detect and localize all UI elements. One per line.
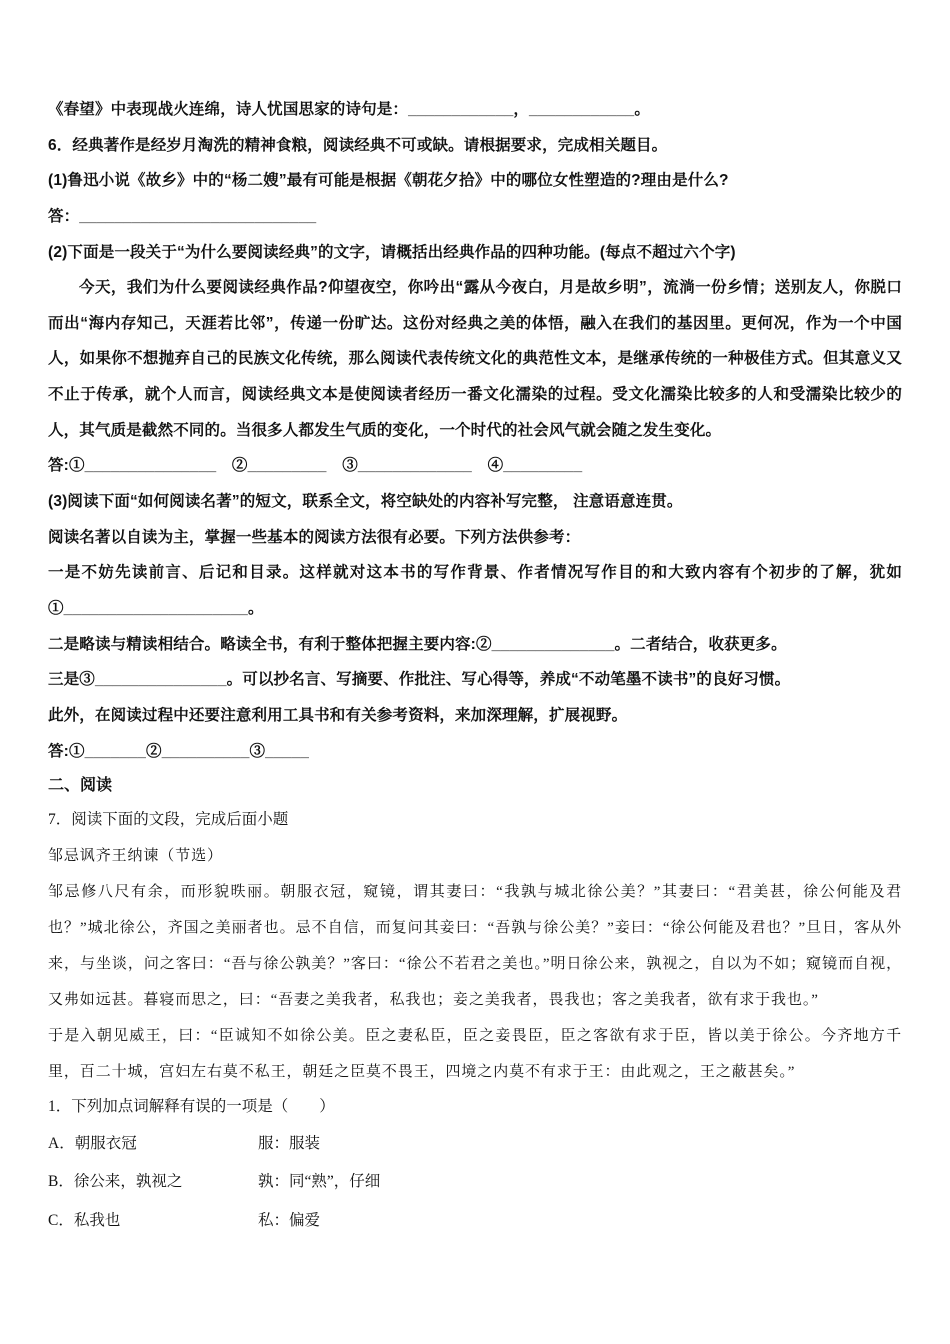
q6-part3-answer-blanks: 答:①_______②__________③_____: [48, 734, 902, 770]
option-c-gloss: 私：偏爱: [258, 1202, 902, 1241]
q5-fill-in-line: 《春望》中表现战火连绵，诗人忧国思家的诗句是：____________，____…: [48, 92, 902, 128]
q6-part2-question: (2)下面是一段关于“为什么要阅读经典”的文字，请概括出经典作品的四种功能。(每…: [48, 235, 902, 271]
option-a-phrase: A．朝服衣冠: [48, 1125, 258, 1164]
q6-part3-intro: 阅读名著以自读为主，掌握一些基本的阅读方法很有必要。下列方法供参考：: [48, 520, 902, 556]
q6-part3-method3: 三是③_______________。可以抄名言、写摘要、作批注、写心得等，养成…: [48, 662, 902, 698]
option-b-gloss: 孰：同“熟”，仔细: [258, 1163, 902, 1202]
option-a-gloss: 服：服装: [258, 1125, 902, 1164]
option-b-phrase: B．徐公来，孰视之: [48, 1163, 258, 1202]
q6-part3-method2: 二是略读与精读相结合。略读全书，有利于整体把握主要内容:②___________…: [48, 627, 902, 663]
q6-part3-method1: 一是不妨先读前言、后记和目录。这样就对这本书的写作背景、作者情况写作目的和大致内…: [48, 555, 902, 626]
q7-sub1-stem: 1．下列加点词解释有误的一项是（ ）: [48, 1090, 902, 1125]
exam-page: 《春望》中表现战火连绵，诗人忧国思家的诗句是：____________，____…: [0, 0, 950, 1344]
q6-part1-answer-blank: 答：___________________________: [48, 199, 902, 235]
modern-questions-section: 《春望》中表现战火连绵，诗人忧国思家的诗句是：____________，____…: [48, 92, 902, 769]
q6-part1-question: (1)鲁迅小说《故乡》中的“杨二嫂”最有可能是根据《朝花夕拾》中的哪位女性塑造的…: [48, 163, 902, 199]
q6-stem: 6．经典著作是经岁月淘洗的精神食粮，阅读经典不可或缺。请根据要求，完成相关题目。: [48, 128, 902, 164]
q7-sub1-option-a: A．朝服衣冠 服：服装: [48, 1125, 902, 1164]
q7-stem: 7．阅读下面的文段，完成后面小题: [48, 803, 902, 838]
q7-passage-paragraph-1: 邹忌修八尺有余，而形貌昳丽。朝服衣冠，窥镜，谓其妻曰：“我孰与城北徐公美？”其妻…: [48, 874, 902, 1018]
q6-part2-passage: 今天，我们为什么要阅读经典作品?仰望夜空，你吟出“露从今夜白，月是故乡明”，流淌…: [48, 270, 902, 448]
q7-sub1-option-b: B．徐公来，孰视之 孰：同“熟”，仔细: [48, 1163, 902, 1202]
q6-part3-extra: 此外，在阅读过程中还要注意利用工具书和有关参考资料，来加深理解，扩展视野。: [48, 698, 902, 734]
reading-section: 7．阅读下面的文段，完成后面小题 邹忌讽齐王纳谏（节选） 邹忌修八尺有余，而形貌…: [48, 803, 902, 1241]
q6-part2-answer-blanks: 答:①_______________ ②_________ ③_________…: [48, 448, 902, 484]
q7-passage-title: 邹忌讽齐王纳谏（节选）: [48, 838, 902, 874]
q7-sub1-option-c: C．私我也 私：偏爱: [48, 1202, 902, 1241]
q7-passage-paragraph-2: 于是入朝见威王，曰：“臣诚知不如徐公美。臣之妻私臣，臣之妾畏臣，臣之客欲有求于臣…: [48, 1018, 902, 1090]
section-2-heading: 二、阅读: [48, 769, 902, 803]
option-c-phrase: C．私我也: [48, 1202, 258, 1241]
q6-part3-question: (3)阅读下面“如何阅读名著”的短文，联系全文，将空缺处的内容补写完整， 注意语…: [48, 484, 902, 520]
